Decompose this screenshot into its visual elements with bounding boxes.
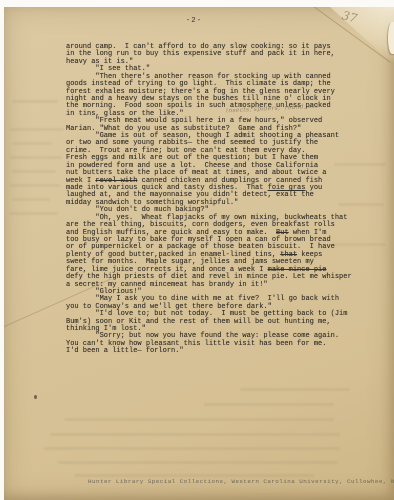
bleedthrough-line bbox=[204, 403, 334, 406]
typescript-line: I'd been a little— forlorn." bbox=[66, 348, 366, 355]
bleedthrough-line bbox=[10, 212, 58, 215]
bleedthrough-line bbox=[58, 461, 338, 464]
bleedthrough-line bbox=[64, 418, 334, 421]
page-edge-tear bbox=[388, 22, 394, 54]
ink-speck bbox=[34, 395, 37, 399]
scanned-document-view: -2- 37 around camp. I can't afford to do… bbox=[0, 0, 394, 500]
handwritten-page-number: 37 bbox=[341, 8, 359, 25]
archive-credit-line: Hunter Library Special Collections, West… bbox=[88, 478, 394, 485]
typescript-body: around camp. I can't afford to do any sl… bbox=[66, 44, 366, 356]
page-number: -2- bbox=[154, 17, 234, 25]
typescript-page: -2- 37 around camp. I can't afford to do… bbox=[4, 7, 394, 500]
bleedthrough-line bbox=[10, 128, 64, 131]
bleedthrough-line bbox=[12, 142, 52, 145]
bleedthrough-line bbox=[10, 156, 62, 159]
bleedthrough-line bbox=[12, 198, 50, 201]
bleedthrough-line bbox=[240, 388, 350, 391]
bleedthrough-line bbox=[74, 474, 314, 477]
bleedthrough-line bbox=[44, 447, 340, 450]
bleedthrough-line bbox=[12, 170, 56, 173]
bleedthrough-line bbox=[50, 433, 340, 436]
bleedthrough-line bbox=[12, 100, 58, 103]
bleedthrough-line bbox=[10, 184, 60, 187]
